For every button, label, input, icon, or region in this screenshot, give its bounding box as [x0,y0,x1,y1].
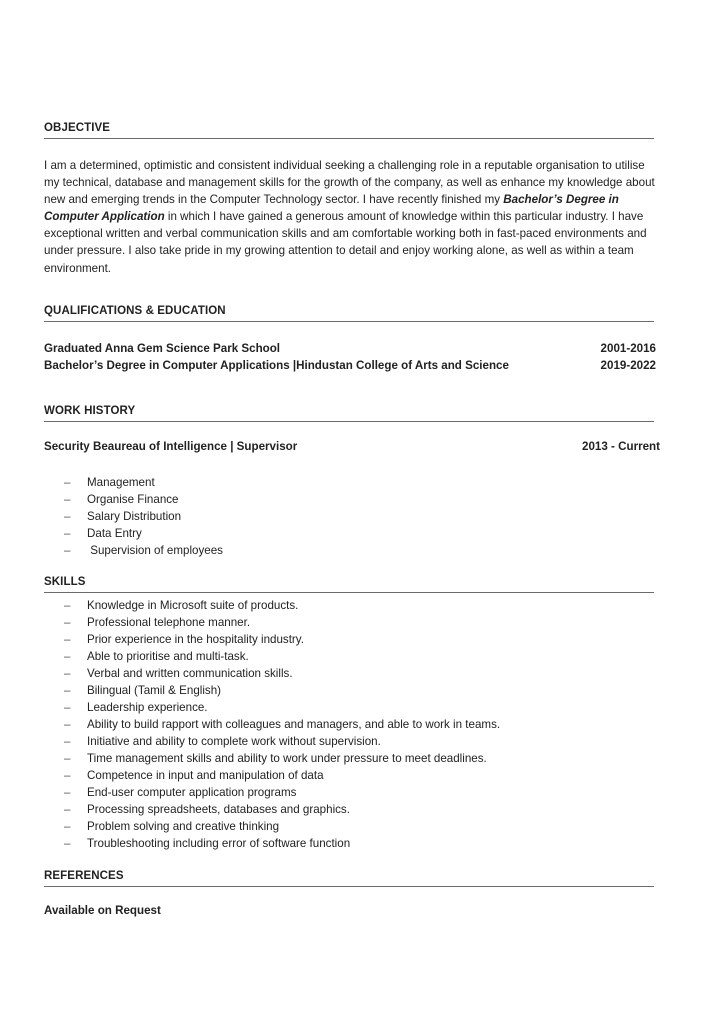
skills-heading: SKILLS [44,575,654,593]
dash-bullet-icon: – [64,508,70,525]
skill-text: Problem solving and creative thinking [87,820,279,833]
skills-section: SKILLS –Knowledge in Microsoft suite of … [44,575,656,852]
objective-heading: OBJECTIVE [44,121,654,139]
duty-item: –Data Entry [44,525,656,542]
skills-list: –Knowledge in Microsoft suite of product… [44,597,656,852]
skill-text: Professional telephone manner. [87,616,250,629]
skill-text: Verbal and written communication skills. [87,667,293,680]
dash-bullet-icon: – [64,648,70,665]
dash-bullet-icon: – [64,614,70,631]
skill-text: Able to prioritise and multi-task. [87,650,249,663]
skill-item: –Bilingual (Tamil & English) [44,682,656,699]
qualifications-heading: QUALIFICATIONS & EDUCATION [44,304,654,322]
dash-bullet-icon: – [64,665,70,682]
skill-item: –Knowledge in Microsoft suite of product… [44,597,656,614]
skill-text: Time management skills and ability to wo… [87,752,487,765]
qualification-title: Graduated Anna Gem Science Park School [44,341,280,358]
job-title: Security Beaureau of Intelligence | Supe… [44,439,297,455]
skill-item: –Troubleshooting including error of soft… [44,835,656,852]
qualification-item: Bachelor’s Degree in Computer Applicatio… [44,358,656,375]
duty-item: – Supervision of employees [44,542,656,559]
dash-bullet-icon: – [64,716,70,733]
qualifications-section: QUALIFICATIONS & EDUCATION Graduated Ann… [44,304,656,374]
dash-bullet-icon: – [64,801,70,818]
references-section: REFERENCES Available on Request [44,869,656,919]
references-heading: REFERENCES [44,869,654,887]
dash-bullet-icon: – [64,767,70,784]
dash-bullet-icon: – [64,491,70,508]
objective-section: OBJECTIVE I am a determined, optimistic … [44,121,656,277]
dash-bullet-icon: – [64,835,70,852]
duty-text: Data Entry [87,527,142,540]
qualification-item: Graduated Anna Gem Science Park School 2… [44,341,656,358]
skill-item: –Prior experience in the hospitality ind… [44,631,656,648]
skill-item: –Initiative and ability to complete work… [44,733,656,750]
duty-item: –Organise Finance [44,491,656,508]
dash-bullet-icon: – [64,750,70,767]
job-entry: Security Beaureau of Intelligence | Supe… [44,439,660,455]
skill-item: –Verbal and written communication skills… [44,665,656,682]
skill-item: –Professional telephone manner. [44,614,656,631]
dash-bullet-icon: – [64,699,70,716]
skill-item: –Processing spreadsheets, databases and … [44,801,656,818]
work-history-heading: WORK HISTORY [44,404,654,422]
dash-bullet-icon: – [64,682,70,699]
skill-text: End-user computer application programs [87,786,296,799]
job-period: 2013 - Current [582,439,660,455]
skill-text: Initiative and ability to complete work … [87,735,381,748]
qualification-title: Bachelor’s Degree in Computer Applicatio… [44,358,509,375]
qualification-years: 2019-2022 [596,358,656,375]
skill-text: Leadership experience. [87,701,208,714]
skill-text: Prior experience in the hospitality indu… [87,633,304,646]
skill-text: Bilingual (Tamil & English) [87,684,221,697]
dash-bullet-icon: – [64,597,70,614]
dash-bullet-icon: – [64,818,70,835]
skill-item: –Able to prioritise and multi-task. [44,648,656,665]
dash-bullet-icon: – [64,631,70,648]
skill-item: –Time management skills and ability to w… [44,750,656,767]
duty-text: Organise Finance [87,493,179,506]
skill-text: Competence in input and manipulation of … [87,769,324,782]
duty-item: –Management [44,474,656,491]
skill-item: –Ability to build rapport with colleague… [44,716,656,733]
dash-bullet-icon: – [64,784,70,801]
job-duties-list: –Management –Organise Finance –Salary Di… [44,474,656,559]
qualifications-list: Graduated Anna Gem Science Park School 2… [44,341,656,374]
skill-item: –Competence in input and manipulation of… [44,767,656,784]
skill-item: –Leadership experience. [44,699,656,716]
work-history-section: WORK HISTORY Security Beaureau of Intell… [44,404,656,559]
duty-text: Management [87,476,155,489]
skill-item: –Problem solving and creative thinking [44,818,656,835]
skill-text: Knowledge in Microsoft suite of products… [87,599,298,612]
dash-bullet-icon: – [64,525,70,542]
duty-item: –Salary Distribution [44,508,656,525]
objective-text: I am a determined, optimistic and consis… [44,157,660,277]
references-text: Available on Request [44,903,656,919]
dash-bullet-icon: – [64,474,70,491]
duty-text: Supervision of employees [87,544,223,557]
skill-text: Ability to build rapport with colleagues… [87,718,500,731]
skill-text: Troubleshooting including error of softw… [87,837,350,850]
skill-text: Processing spreadsheets, databases and g… [87,803,350,816]
dash-bullet-icon: – [64,733,70,750]
duty-text: Salary Distribution [87,510,181,523]
skill-item: –End-user computer application programs [44,784,656,801]
qualification-years: 2001-2016 [596,341,656,358]
dash-bullet-icon: – [64,542,70,559]
